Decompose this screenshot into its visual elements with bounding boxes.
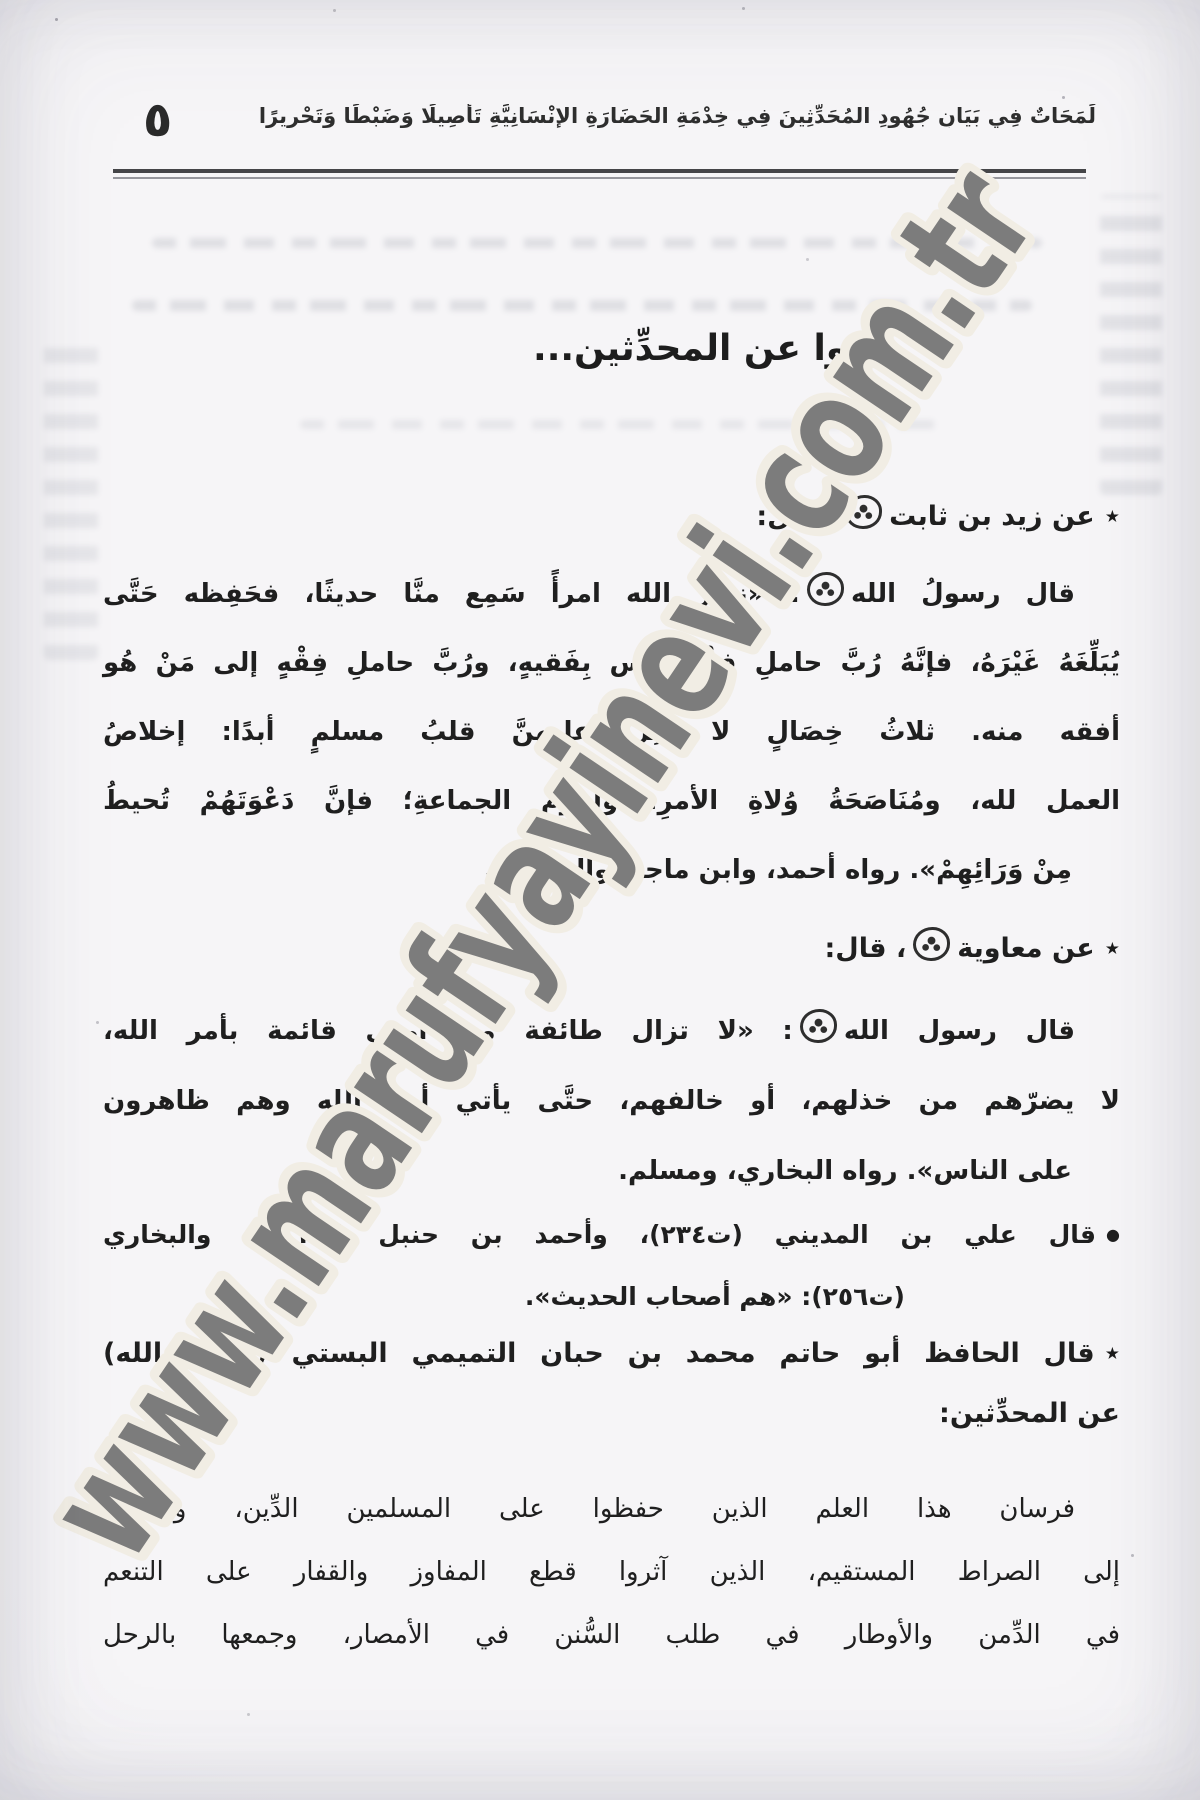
bleedthrough-strip [1100, 195, 1162, 495]
paragraph-line: في الدِّمن والأوطار في طلب السُّنن في ال… [103, 1604, 1120, 1667]
scan-speckles [0, 0, 3, 3]
bleedthrough-line [152, 238, 1042, 248]
running-header: لَمَحَاتٌ فِي بَيَانِ جُهُودِ المُحَدِّث… [250, 104, 1096, 128]
narrator-continuation: عن المحدِّثين: [103, 1398, 1120, 1429]
narrator-text: عن زيد بن ثابت [889, 501, 1095, 532]
paragraph-line: فرسان هذا العلم الذين حفظوا على المسلمين… [103, 1478, 1120, 1541]
hadith-text: : «نضَّر الله امرأً سَمِع منَّا حديثًا، … [103, 579, 800, 609]
paragraph-line: إلى الصراط المستقيم، الذين آثروا قطع الم… [103, 1541, 1120, 1604]
header-rule [113, 169, 1086, 179]
hadith-text: قال رسولُ الله [851, 579, 1075, 609]
hadith-paragraph-2: قال رسول الله: «لا تزال طائفة من أمتي قا… [103, 996, 1120, 1206]
hadith-paragraph-1: قال رسولُ الله: «نضَّر الله امرأً سَمِع … [103, 560, 1120, 905]
hadith-line: قال رسول الله: «لا تزال طائفة من أمتي قا… [103, 996, 1120, 1066]
note-line: ●قال علي بن المديني (ت٢٣٤)، وأحمد بن حنب… [103, 1204, 1120, 1266]
bullet-marker: ● [1106, 1204, 1120, 1266]
honorific-prophet-icon [807, 572, 844, 606]
closing-paragraph: فرسان هذا العلم الذين حفظوا على المسلمين… [103, 1478, 1120, 1667]
hadith-line: على الناس». رواه البخاري، ومسلم. [103, 1136, 1120, 1206]
hadith-line: مِنْ وَرَائِهِمْ». رواه أحمد، وابن ماجه،… [103, 836, 1120, 905]
narrator-said: ، قال: [825, 933, 907, 964]
hadith-text: : «لا تزال طائفة من أمتي قائمة بأمر الله… [103, 1016, 793, 1046]
hadith-text: قال رسول الله [844, 1016, 1075, 1046]
narrator-line-muawiya: ٭عن معاوية، قال: [103, 927, 1120, 964]
scholars-note: ●قال علي بن المديني (ت٢٣٤)، وأحمد بن حنب… [103, 1204, 1120, 1328]
star-marker: ٭ [1105, 1336, 1120, 1369]
honorific-prophet-icon [800, 1009, 837, 1043]
narrator-line-zayd: ٭عن زيد بن ثابت، قال: [103, 495, 1120, 532]
note-text: قال علي بن المديني (ت٢٣٤)، وأحمد بن حنبل… [103, 1220, 1096, 1249]
bleedthrough-line [132, 300, 1032, 311]
hadith-line: يُبَلِّغَهُ غَيْرَهُ، فإنَّهُ رُبَّ حامل… [103, 629, 1120, 698]
bleedthrough-line [300, 420, 950, 429]
continuation-text: عن المحدِّثين: [939, 1398, 1120, 1429]
bleedthrough-strip [44, 330, 98, 660]
hadith-line: لا يضرّهم من خذلهم، أو خالفهم، حتَّى يأت… [103, 1066, 1120, 1136]
note-line: (ت٢٥٦): «هم أصحاب الحديث». [103, 1266, 1120, 1328]
narrator-text: قال الحافظ أبو حاتم محمد بن حبان التميمي… [103, 1338, 1095, 1369]
page-number: ٥ [143, 96, 172, 144]
narrator-said: ، قال: [756, 501, 838, 532]
honorific-companion-icon [845, 495, 882, 529]
scanned-book-page: ٥ لَمَحَاتٌ فِي بَيَانِ جُهُودِ المُحَدِ… [0, 0, 1200, 1800]
narrator-text: عن معاوية [957, 933, 1095, 964]
hadith-line: قال رسولُ الله: «نضَّر الله امرأً سَمِع … [103, 560, 1120, 629]
star-marker: ٭ [1105, 499, 1120, 532]
chapter-heading: قالوا عن المحدِّثين... [416, 328, 1016, 369]
honorific-companion-icon [913, 927, 950, 961]
hadith-line: العمل لله، ومُنَاصَحَةُ وُلاةِ الأمرِ، و… [103, 767, 1120, 836]
star-marker: ٭ [1105, 931, 1120, 964]
hadith-line: أفقه منه. ثلاثُ خِصَالٍ لا يُغِلُّ عليهن… [103, 698, 1120, 767]
narrator-line-ibn-hibban: ٭قال الحافظ أبو حاتم محمد بن حبان التميم… [103, 1336, 1120, 1369]
